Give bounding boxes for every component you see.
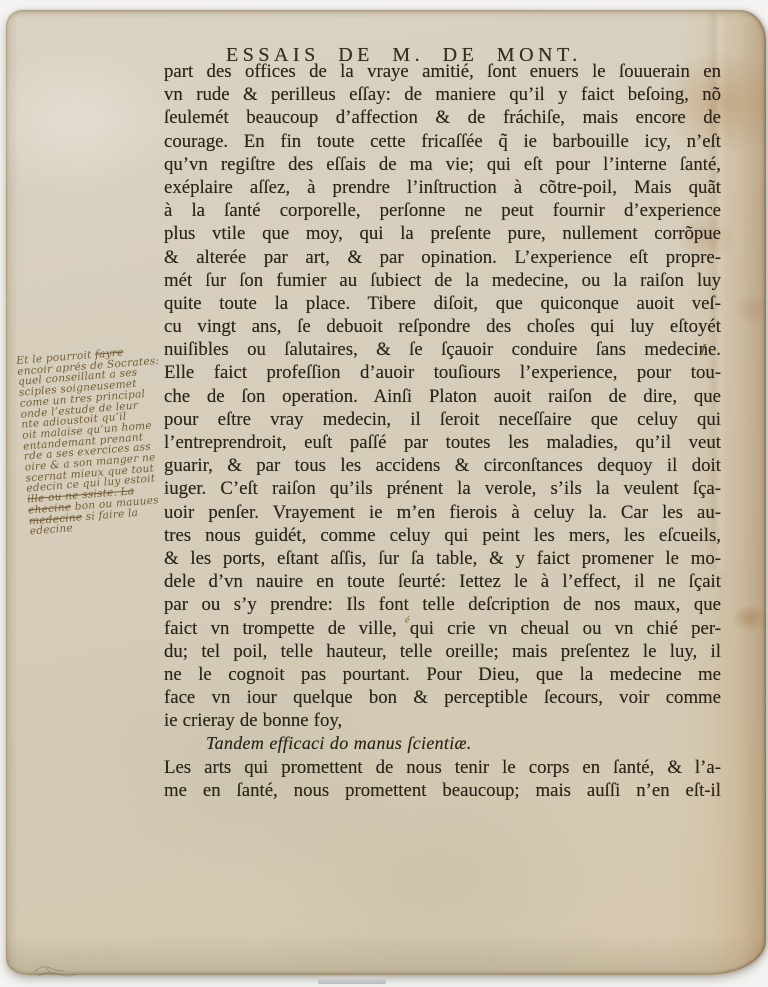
text-line: dele d’vn nauire en toute ſeurté: Iettez… — [164, 570, 721, 593]
text-line: vn rude & perilleus eſſay: de maniere qu… — [164, 83, 721, 106]
text-line: part des offices de la vraye amitié, ſon… — [164, 60, 721, 83]
pen-correction-mark: é — [405, 616, 409, 626]
text-line: & alterée par art, & par opination. L’ex… — [164, 246, 721, 269]
text-column: part des offices de la vraye amitié, ſon… — [164, 60, 721, 802]
text-line: me en ſanté, nous promettent beaucoup; m… — [164, 779, 721, 802]
text-line: quite toute la place. Tibere diſoit, que… — [164, 292, 721, 315]
text-line: uoir penſer. Vrayement ie m’en fierois à… — [164, 501, 721, 524]
text-line: nuiſibles ou ſalutaires, & ſe ſçauoir co… — [164, 338, 721, 361]
book-page: ESSAIS DE M. DE MONT. part des offices d… — [6, 10, 766, 975]
text-line: qu’vn regiſtre des eſſais de ma vie; qui… — [164, 153, 721, 176]
text-line: cu vingt ans, ſe debuoit reſpondre des c… — [164, 315, 721, 338]
text-line: du; tel poil, telle hauteur, telle oreil… — [164, 640, 721, 663]
text-line: Tandem efficaci do manus ſcientiæ. — [164, 732, 721, 755]
text-line: & les ports, eſtant aſſis, ſur ſa table,… — [164, 547, 721, 570]
text-line: face vn iour quelque bon & perceptible ſ… — [164, 686, 721, 709]
text-line: ſeulemét beaucoup d’affection & de frách… — [164, 106, 721, 129]
text-line: tres nous guidét, comme celuy qui peint … — [164, 524, 721, 547]
marginalia-note: Et le pourroit fayreencoir aprés de Socr… — [16, 344, 184, 537]
text-line: ie crieray de bonne foy, — [164, 709, 721, 732]
text-line: par ou s’y prendre: Ils font telle deſcr… — [164, 593, 721, 616]
text-line: courage. En fin toute cette fricaſſée q̃… — [164, 130, 721, 153]
photo-background: ESSAIS DE M. DE MONT. part des offices d… — [0, 0, 768, 987]
text-line: exéplaire aſſez, à prendre l’inſtruction… — [164, 176, 721, 199]
text-line: à la ſanté corporelle, perſonne ne peut … — [164, 199, 721, 222]
text-line: plus vtile que moy, qui la preſente pure… — [164, 222, 721, 245]
text-line: faict vn trompette de ville, qui crie vn… — [164, 617, 721, 640]
page-stack-edge — [318, 977, 386, 984]
text-line: l’entreprendroit, euſt paſſé par toutes … — [164, 431, 721, 454]
text-line: Elle faict profeſſion d’auoir touſiours … — [164, 361, 721, 384]
text-line: Les arts qui promettent de nous tenir le… — [164, 756, 721, 779]
text-line: mét ſur ſon fumier au ſubiect de la mede… — [164, 269, 721, 292]
text-line: pour eſtre vray medecin, il ſeroit neceſ… — [164, 408, 721, 431]
text-line: guarir, & par tous les accidens & circon… — [164, 454, 721, 477]
text-line: ne le cognoit pas pourtant. Pour Dieu, q… — [164, 663, 721, 686]
text-line: che de ſon operation. Ainſi Platon auoit… — [164, 385, 721, 408]
corner-scribble — [32, 956, 84, 980]
text-line: iuger. C’eſt raiſon qu’ils prénent la ve… — [164, 477, 721, 500]
